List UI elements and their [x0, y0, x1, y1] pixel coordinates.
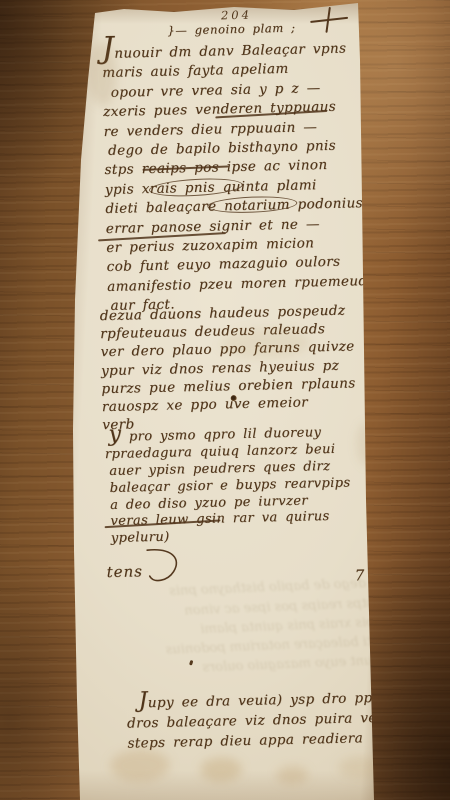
paragraph-3: y pro ysmo qpro lil duoreuy rpraedagura … — [108, 425, 351, 549]
photo-scene: 204 }— genoino plam ; Jnuouir dm danv Ba… — [0, 0, 450, 800]
manuscript-content: 204 }— genoino plam ; Jnuouir dm danv Ba… — [63, 0, 395, 800]
stain — [200, 757, 243, 782]
cross-icon — [309, 5, 350, 36]
stain — [110, 749, 171, 782]
paragraph-1: Jnuouir dm danv Baleaçar vpns maris auis… — [102, 39, 368, 316]
wormhole — [231, 395, 237, 401]
page-number: 204 — [221, 8, 252, 23]
paragraph-4: Jupy ee dra veuia) ysp dro ppo dros bale… — [126, 688, 391, 754]
receipt-mark: tens — [106, 562, 143, 581]
stain — [276, 766, 308, 785]
paragraph-2: dezua dauons haudeus pospeudz rpfeuteuau… — [100, 301, 357, 434]
manuscript-page: 204 }— genoino plam ; Jnuouir dm danv Ba… — [64, 0, 378, 800]
heading-annotation: }— genoino plam ; — [167, 21, 295, 38]
flourish-icon — [143, 545, 184, 586]
